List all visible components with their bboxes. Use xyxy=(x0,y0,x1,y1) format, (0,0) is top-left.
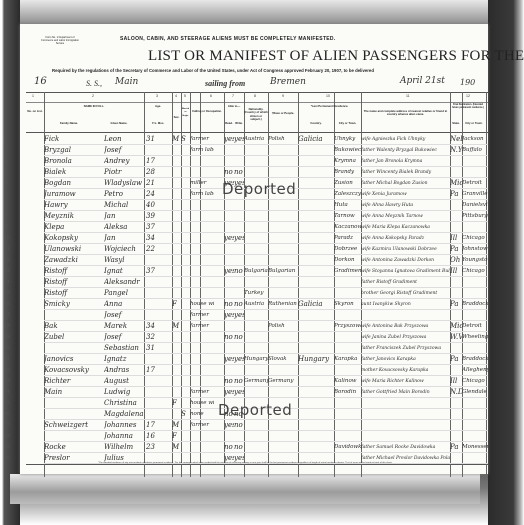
cell-no: 24 xyxy=(4,387,16,398)
cell-no: 20 xyxy=(4,343,16,354)
table-row: 15RistoffPangelTurkeybrother Georgi Rist… xyxy=(26,288,488,299)
table-row: 12ZawadzkiWasylDorkonwife Antonina Zawad… xyxy=(26,255,488,266)
cell-no: 7 xyxy=(4,200,16,211)
cell-no: 2 xyxy=(4,145,16,156)
table-row: 18BakMarek34MfarmerPolishPrzyszowawife A… xyxy=(26,321,488,332)
header-given-name: Given Name. xyxy=(94,122,144,125)
table-row: 4BialekPiotr28nonoBrandyfather Wincenty … xyxy=(26,167,488,178)
col-num: 4 xyxy=(175,94,177,98)
header-state: State. xyxy=(450,122,462,125)
table-row: 13RistoffIgnat37yesnoBulgariaBulgarianGr… xyxy=(26,266,488,277)
cell-no: 25 xyxy=(4,398,16,409)
cell-no: 5 xyxy=(4,178,16,189)
col-num: 2 xyxy=(92,94,94,98)
cell-no: 23 xyxy=(4,376,16,387)
header-country: Country. xyxy=(298,122,334,125)
header-nationality: Nationality. (Country of which citizen o… xyxy=(244,108,268,122)
header-dest-city: City or Town. xyxy=(462,122,486,125)
footer-note: *The intended residence of any non-resid… xyxy=(98,462,438,465)
deported-stamp-1: Deported xyxy=(222,180,296,198)
header-city: City or Town. xyxy=(334,122,361,125)
form-caption: Form No. 1 Department of Commerce and La… xyxy=(40,36,80,45)
col-num: 12 xyxy=(466,94,470,98)
col-num: 1 xyxy=(32,94,34,98)
header-write: Write. xyxy=(234,122,244,125)
cell-no: 6 xyxy=(4,189,16,200)
col-num: 6 xyxy=(210,94,212,98)
scan-right-edge xyxy=(488,0,524,525)
header-able-to: Able to— xyxy=(224,105,244,108)
header-race: †Race or People. xyxy=(268,112,298,115)
table-row: 19ZubelJosef32nonowife Janina Zubel Przy… xyxy=(26,332,488,343)
sailing-from-label: sailing from xyxy=(205,79,245,88)
header-name: NAME IN FULL. xyxy=(44,105,144,108)
cell-no: 9 xyxy=(4,222,16,233)
cell-no: 22 xyxy=(4,365,16,376)
document-title: LIST OR MANIFEST OF ALIEN PASSENGERS FOR… xyxy=(148,48,524,65)
list-number: 16 xyxy=(34,76,47,87)
sailing-date: April 21st xyxy=(400,76,445,86)
cell-no: 17 xyxy=(4,310,16,321)
header-age: Age. xyxy=(144,105,172,108)
header-family-name: Family Name. xyxy=(44,122,94,125)
cell-no: 21 xyxy=(4,354,16,365)
col-num: 8 xyxy=(254,94,256,98)
cell-no: 1 xyxy=(4,134,16,145)
paper-shadow xyxy=(10,474,480,504)
cell-no: 27 xyxy=(4,420,16,431)
table-row: 11UlanowskiWojciech22Dobrzeewife Kazmira… xyxy=(26,244,488,255)
table-row: 24MainLudwigfarmeryesyesBorodinfather Go… xyxy=(26,387,488,398)
table-row: 16SmickyAnnaFhouse wifenonoAustriaRuthen… xyxy=(26,299,488,310)
table-row: 23RichterAugustnonoGermanyGermanyKalinow… xyxy=(26,376,488,387)
cell-no: 13 xyxy=(4,266,16,277)
cell-no: 12 xyxy=(4,255,16,266)
cell-no: 8 xyxy=(4,211,16,222)
header-read: Read. xyxy=(224,122,234,125)
table-row: 21JanovicsIgnatzyesyesHungarySlovakHunga… xyxy=(26,354,488,365)
table-row: 29RockeWilhelm23MnonoDavidowkafather Sam… xyxy=(26,442,488,453)
table-row: 14RistoffAleksandrfather Ristoff Gradime… xyxy=(26,277,488,288)
header-last-residence: *Last Permanent Residence. xyxy=(298,105,361,108)
cell-no: 18 xyxy=(4,321,16,332)
col-num: 9 xyxy=(282,94,284,98)
table-row: 17Joseffarmeryesyes xyxy=(26,310,488,321)
table-row: 27SchweizgertJohannes17Mfarmeryesno xyxy=(26,420,488,431)
cell-no: 19 xyxy=(4,332,16,343)
sailing-year: 190 xyxy=(460,78,475,87)
header-final-destination: Final Destination. (Intended future perm… xyxy=(450,104,486,111)
port-name: Bremen xyxy=(270,77,306,87)
header-yrs-mos: Yrs. Mos. xyxy=(144,122,172,125)
header-relative: The name and complete address of nearest… xyxy=(361,110,450,117)
ship-line: 16 S. S., Main sailing from Bremen April… xyxy=(30,76,485,92)
cell-no: 29 xyxy=(4,442,16,453)
regulation-text: Required by the regulations of the Secre… xyxy=(52,68,374,73)
cell-no: 16 xyxy=(4,299,16,310)
table-row: 3BronolaAndrey17Krymnafather Jan Bronola… xyxy=(26,156,488,167)
ship-prefix: S. S., xyxy=(86,79,102,88)
col-num: 3 xyxy=(156,94,158,98)
cell-no: 4 xyxy=(4,167,16,178)
ship-name: Main xyxy=(115,77,138,87)
col-num: 10 xyxy=(326,94,330,98)
table-row: 7HawryMichal40Hutawife Ahna Hawry HutaDa… xyxy=(26,200,488,211)
table-row: 22KovacsovskyAndras17mother Kovacsovsky … xyxy=(26,365,488,376)
header-no: No. on List. xyxy=(26,110,44,113)
cell-no: 26 xyxy=(4,409,16,420)
header-married: Married or Single. xyxy=(181,108,190,118)
cell-no: 11 xyxy=(4,244,16,255)
cell-no: 10 xyxy=(4,233,16,244)
cell-no: 15 xyxy=(4,288,16,299)
cell-no: 30 xyxy=(4,453,16,464)
table-row: 2BryzgalJoseffarm laborerBukowiecfather … xyxy=(26,145,488,156)
col-num: 5 xyxy=(184,94,186,98)
table-row: 8MeyznikJan39Tarnowwife Anna Meyznik Tar… xyxy=(26,211,488,222)
col-num: 11 xyxy=(406,94,410,98)
banner-text: SALOON, CABIN, AND STEERAGE ALIENS MUST … xyxy=(120,36,336,42)
deported-stamp-2: Deported xyxy=(218,401,292,419)
cell-no: 14 xyxy=(4,277,16,288)
header-sex: Sex. xyxy=(172,116,181,119)
table-row: 9KlepaAleksa37Kaczanowkawife Maria Klepa… xyxy=(26,222,488,233)
header-calling: Calling or Occupation. xyxy=(190,110,224,113)
cell-no: 28 xyxy=(4,431,16,442)
table-row: 1FickLeon31MSfarmeryesyesAustriaPolishGa… xyxy=(26,134,488,145)
table-row: 10KokopskyJan34yesyesParadzwife Anna Kok… xyxy=(26,233,488,244)
col-num: 7 xyxy=(232,94,234,98)
table-row: 20Sebastian31father Franciszek Zubel Prz… xyxy=(26,343,488,354)
cell-no: 3 xyxy=(4,156,16,167)
table-row: 28Johanna16F xyxy=(26,431,488,442)
